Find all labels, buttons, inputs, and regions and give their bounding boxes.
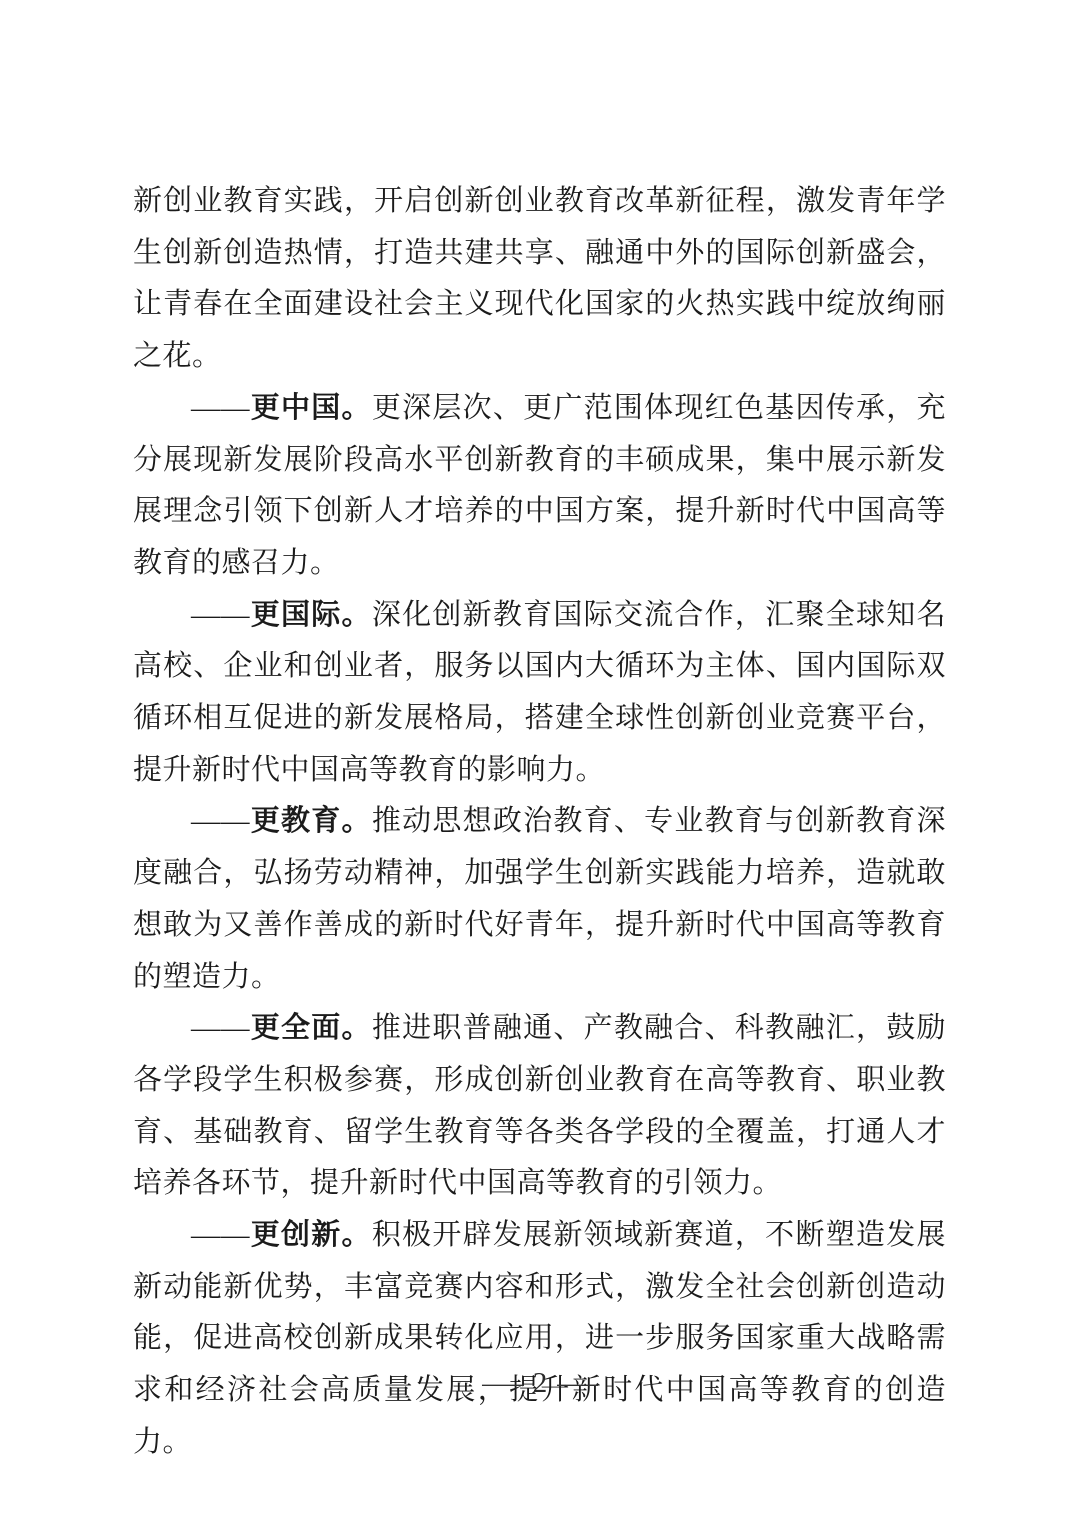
paragraph-lead: 更全面。: [250, 1012, 372, 1044]
page-number: 2: [533, 1366, 548, 1400]
em-dash: ——: [191, 805, 250, 837]
paragraph-lead: 更中国。: [250, 392, 372, 424]
paragraph-geng-zhongguo: ——更中国。更深层次、更广范围体现红色基因传承，充分展现新发展阶段高水平创新教育…: [133, 383, 946, 590]
page-footer: —2—: [0, 1366, 1080, 1400]
paragraph-lead: 更创新。: [250, 1219, 372, 1251]
em-dash: ——: [191, 1219, 250, 1251]
paragraph-geng-quanmian: ——更全面。推进职普融通、产教融合、科教融汇，鼓励各学段学生积极参赛，形成创新创…: [133, 1003, 946, 1210]
em-dash: ——: [191, 1012, 250, 1044]
paragraph-text: 新创业教育实践，开启创新创业教育改革新征程，激发青年学生创新创造热情，打造共建共…: [133, 185, 946, 372]
em-dash: ——: [191, 392, 250, 424]
document-body: 新创业教育实践，开启创新创业教育改革新征程，激发青年学生创新创造热情，打造共建共…: [133, 176, 946, 1469]
em-dash: ——: [191, 599, 250, 631]
footer-dash-left: —: [482, 1366, 523, 1400]
paragraph-geng-chuangxin: ——更创新。积极开辟发展新领域新赛道，不断塑造发展新动能新优势，丰富竞赛内容和形…: [133, 1210, 946, 1469]
paragraph-geng-guoji: ——更国际。深化创新教育国际交流合作，汇聚全球知名高校、企业和创业者，服务以国内…: [133, 590, 946, 797]
document-page: 新创业教育实践，开启创新创业教育改革新征程，激发青年学生创新创造热情，打造共建共…: [0, 0, 1080, 1527]
paragraph-geng-jiaoyu: ——更教育。推动思想政治教育、专业教育与创新教育深度融合，弘扬劳动精神，加强学生…: [133, 796, 946, 1003]
paragraph-lead: 更教育。: [250, 805, 372, 837]
paragraph-continuation: 新创业教育实践，开启创新创业教育改革新征程，激发青年学生创新创造热情，打造共建共…: [133, 176, 946, 383]
paragraph-lead: 更国际。: [250, 599, 372, 631]
footer-dash-right: —: [557, 1366, 598, 1400]
paragraph-text: 积极开辟发展新领域新赛道，不断塑造发展新动能新优势，丰富竞赛内容和形式，激发全社…: [133, 1219, 946, 1458]
